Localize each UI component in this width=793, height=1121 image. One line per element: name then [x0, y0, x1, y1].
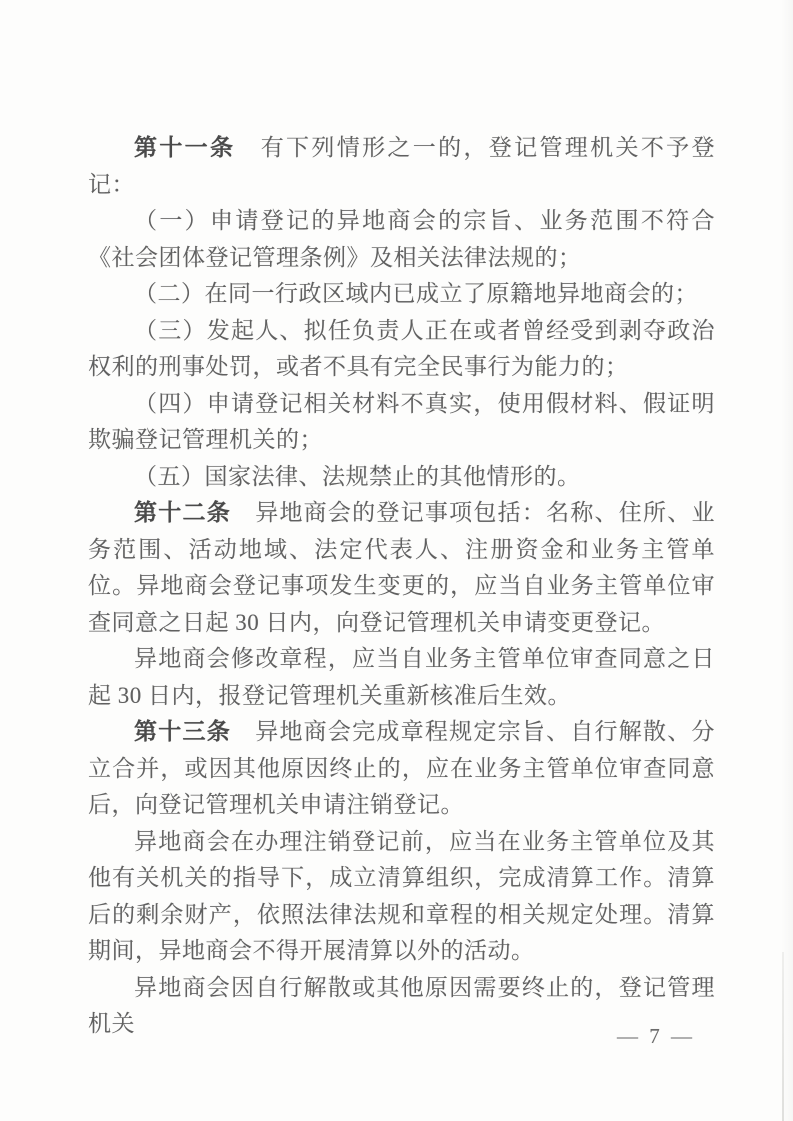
paragraph-text: （四）申请登记相关材料不真实，使用假材料、假证明欺骗登记管理机关的； — [88, 391, 715, 453]
scan-artifact-right-shading — [781, 0, 793, 1121]
scanned-document-page: 第十一条 有下列情形之一的，登记管理机关不予登记： （一）申请登记的异地商会的宗… — [0, 0, 793, 1121]
paragraph-text: （二）在同一行政区域内已成立了原籍地异地商会的； — [134, 281, 698, 306]
page-number: — 7 — — [617, 1024, 695, 1049]
paragraph-article-13-cont-1: 异地商会在办理注销登记前，应当在业务主管单位及其他有关机关的指导下，成立清算组织… — [88, 824, 715, 970]
paragraph-text: 异地商会在办理注销登记前，应当在业务主管单位及其他有关机关的指导下，成立清算组织… — [88, 829, 715, 964]
scan-artifact-right-line — [782, 952, 784, 1121]
paragraph-item-5: （五）国家法律、法规禁止的其他情形的。 — [88, 459, 715, 496]
paragraph-article-12: 第十二条 异地商会的登记事项包括：名称、住所、业务范围、活动地域、法定代表人、注… — [88, 495, 715, 641]
paragraph-text: 异地商会修改章程，应当自业务主管单位审查同意之日起 30 日内，报登记管理机关重… — [88, 646, 715, 708]
paragraph-text: （一）申请登记的异地商会的宗旨、业务范围不符合《社会团体登记管理条例》及相关法律… — [88, 208, 715, 270]
paragraph-item-3: （三）发起人、拟任负责人正在或者曾经受到剥夺政治权利的刑事处罚，或者不具有完全民… — [88, 313, 715, 386]
article-13-number-bold: 第十三条 — [134, 719, 231, 744]
paragraph-article-12-cont: 异地商会修改章程，应当自业务主管单位审查同意之日起 30 日内，报登记管理机关重… — [88, 641, 715, 714]
paragraph-item-4: （四）申请登记相关材料不真实，使用假材料、假证明欺骗登记管理机关的； — [88, 386, 715, 459]
article-11-number-bold: 第十一条 — [134, 135, 235, 160]
paragraph-item-1: （一）申请登记的异地商会的宗旨、业务范围不符合《社会团体登记管理条例》及相关法律… — [88, 203, 715, 276]
paragraph-article-11-heading: 第十一条 有下列情形之一的，登记管理机关不予登记： — [88, 130, 715, 203]
article-12-number-bold: 第十二条 — [134, 500, 231, 525]
paragraph-text: （五）国家法律、法规禁止的其他情形的。 — [134, 464, 581, 489]
paragraph-item-2: （二）在同一行政区域内已成立了原籍地异地商会的； — [88, 276, 715, 313]
document-body: 第十一条 有下列情形之一的，登记管理机关不予登记： （一）申请登记的异地商会的宗… — [88, 130, 715, 1043]
paragraph-article-13: 第十三条 异地商会完成章程规定宗旨、自行解散、分立合并，或因其他原因终止的，应在… — [88, 714, 715, 824]
paragraph-text: （三）发起人、拟任负责人正在或者曾经受到剥夺政治权利的刑事处罚，或者不具有完全民… — [88, 318, 715, 380]
